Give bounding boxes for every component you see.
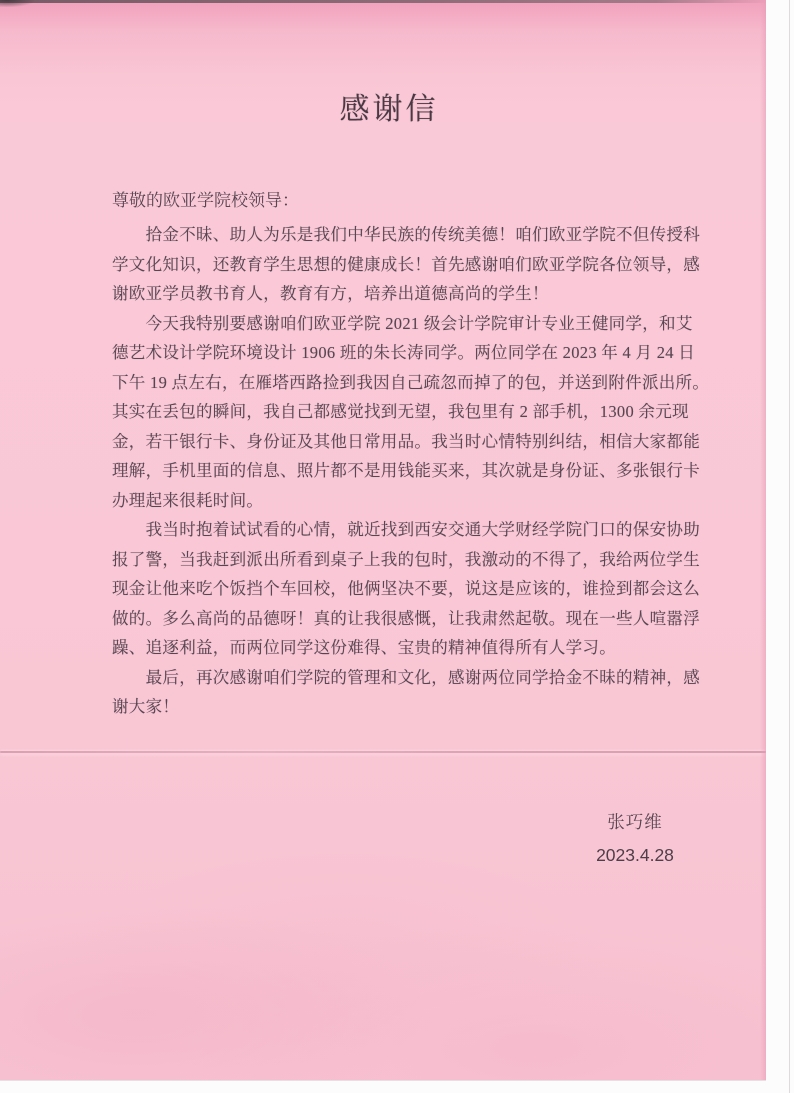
letter-line: 我当时抱着试试看的心情，就近找到西安交通大学财经学院门口的保安协助 <box>112 515 672 545</box>
letter-line: 拾金不昧、助人为乐是我们中华民族的传统美德！咱们欧亚学院不但传授科 <box>112 220 672 250</box>
letter-line: 金，若干银行卡、身份证及其他日常用品。我当时心情特别纠结，相信大家都能 <box>112 427 672 457</box>
scanner-margin-bottom <box>0 1080 766 1093</box>
letter-line: 最后，再次感谢咱们学院的管理和文化，感谢两位同学拾金不昧的精神，感 <box>112 663 672 693</box>
letter-line: 德艺术设计学院环境设计 1906 班的朱长涛同学。两位同学在 2023 年 4 … <box>112 338 672 368</box>
scan-corner-smudge <box>0 0 34 7</box>
letter-line: 现金让他来吃个饭挡个车回校，他俩坚决不要，说这是应该的，谁捡到都会这么 <box>112 574 672 604</box>
letter-line: 今天我特别要感谢咱们欧亚学院 2021 级会计学院审计专业王健同学，和艾 <box>112 309 672 339</box>
scanned-page: 感谢信 尊敬的欧亚学院校领导： 拾金不昧、助人为乐是我们中华民族的传统美德！咱们… <box>0 0 794 1093</box>
paper-fold-crease <box>0 751 766 753</box>
letter-line: 下午 19 点左右，在雁塔西路捡到我因自己疏忽而掉了的包，并送到附件派出所。 <box>112 368 672 398</box>
letter-line: 办理起来很耗时间。 <box>112 486 672 516</box>
letter-line: 其实在丢包的瞬间，我自己都感觉找到无望，我包里有 2 部手机，1300 余元现 <box>112 397 672 427</box>
signature-name: 张巧维 <box>568 810 702 834</box>
scan-top-edge-artifact <box>0 0 772 3</box>
letter-line: 学文化知识，还教育学生思想的健康成长！首先感谢咱们欧亚学院各位领导，感 <box>112 250 672 280</box>
signature-date: 2023.4.28 <box>568 843 702 867</box>
signature-block: 张巧维 2023.4.28 <box>568 810 702 867</box>
letter-title: 感谢信 <box>112 92 666 128</box>
letter-line: 躁、追逐利益，而两位同学这份难得、宝贵的精神值得所有人学习。 <box>112 633 672 663</box>
letter-line: 做的。多么高尚的品德呀！真的让我很感慨，让我肃然起敬。现在一些人喧嚣浮 <box>112 604 672 634</box>
letter-salutation: 尊敬的欧亚学院校领导： <box>112 190 712 212</box>
letter-line: 谢欧亚学员教书育人，教育有方，培养出道德高尚的学生！ <box>112 279 672 309</box>
scanner-margin-right-line <box>789 0 790 1093</box>
letter-line: 谢大家！ <box>112 692 672 722</box>
letter-line: 报了警，当我赶到派出所看到桌子上我的包时，我激动的不得了，我给两位学生 <box>112 545 672 575</box>
letter-line: 理解，手机里面的信息、照片都不是用钱能买来，其次就是身份证、多张银行卡 <box>112 456 672 486</box>
letter-body: 拾金不昧、助人为乐是我们中华民族的传统美德！咱们欧亚学院不但传授科学文化知识，还… <box>112 220 672 722</box>
